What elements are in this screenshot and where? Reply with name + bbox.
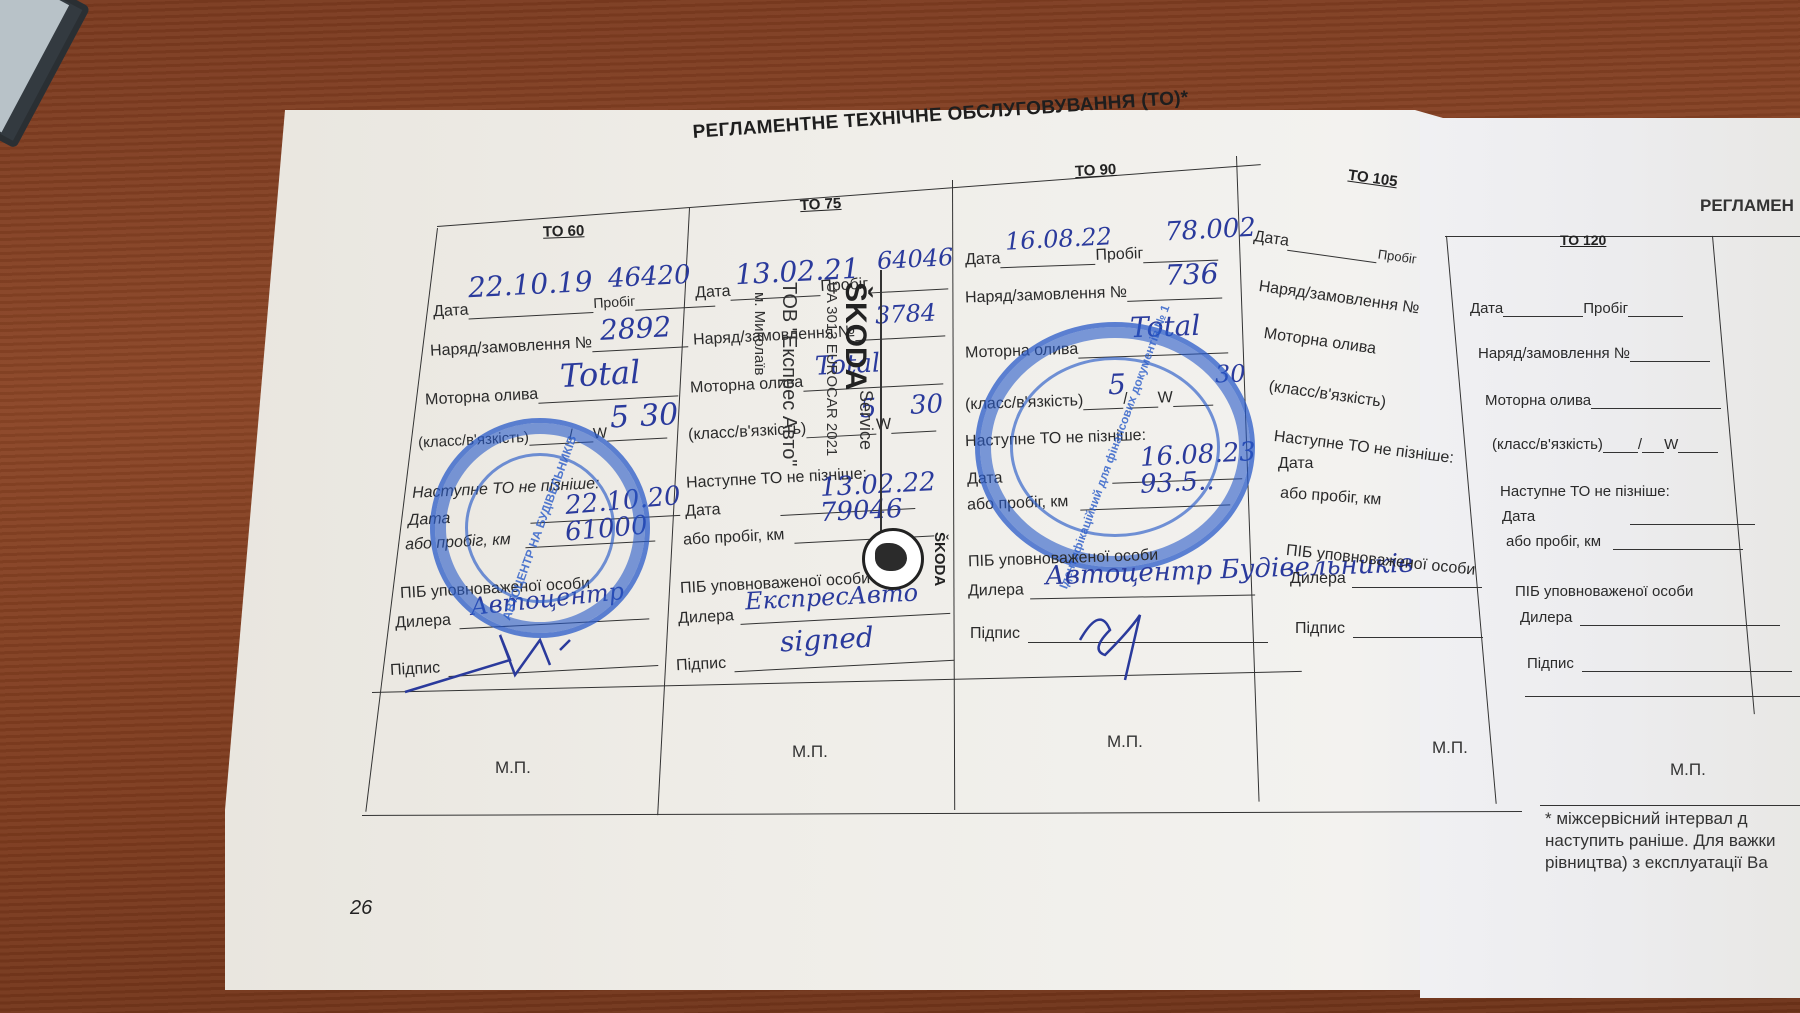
footnote-line: наступить раніше. Для важки [1545,830,1775,852]
mileage-label: Пробіг [593,293,636,311]
dealer-label: Дилера [678,607,735,627]
order-value: 3784 [874,298,936,329]
order-value: 2892 [599,310,672,347]
signature-label: Підпис [676,655,727,675]
skoda-stamp-city: м. Миколаїв [751,292,768,376]
column-header: ТО 90 [1075,161,1117,180]
dealer-label: Дилера [968,582,1024,600]
skoda-stamp-code: UA 3013 EUROCAR 2021 [823,282,840,456]
footnote-line: * міжсервісний інтервал д [1545,808,1775,830]
column-header: ТО 120 [1560,232,1606,248]
date-label: Дата [1253,228,1290,250]
signature-label: Підпис [1295,620,1345,637]
next-to-label: Наступне ТО не пізніше: [1500,483,1670,500]
right-table-top [1445,236,1800,237]
skoda-stamp-brand: ŠKODA [838,282,872,390]
company-stamp: Ідентифікаційний для фінансових документ… [975,322,1255,572]
date-label: Дата [1470,300,1503,317]
dealer-label: Дилера [1520,609,1572,626]
signature-scribble [1070,600,1160,690]
signature-label: Підпис [970,625,1020,642]
signature-value: signed [779,621,874,659]
skoda-stamp-service: Service [855,390,876,450]
next-date-label: Дата [1278,455,1313,473]
footnote: * міжсервісний інтервал д наступить рані… [1545,808,1775,874]
dealer-label: Дилера [1290,570,1346,587]
page-number: 26 [350,897,372,920]
column-header: ТО 60 [543,222,585,240]
column-header: ТО 75 [800,195,842,214]
class-value: 5 [609,400,630,436]
mp-label: М.П. [495,758,531,778]
oil-value: Total [559,353,641,395]
viscosity-value: 30 [639,397,679,434]
mp-label: М.П. [1670,760,1706,780]
mileage-value: 64046 [876,243,954,275]
person-label: ПІБ уповноваженої особи [1515,583,1693,600]
mileage-value: 78.002 [1164,213,1256,248]
order-value: 736 [1164,257,1219,292]
skoda-logo-icon [862,528,924,590]
mileage-value: 46420 [607,260,691,294]
signature-label: Підпис [1527,655,1574,672]
company-stamp: АВТОЦЕНТР НА БУДІВЕЛЬНИКІВ [430,418,650,638]
mp-label: М.П. [792,742,828,762]
date-label: Дата [433,302,469,321]
date-value: 16.08.22 [1004,222,1112,256]
viscosity-value: 30 [909,389,944,421]
class-label: (класс/в'язкість) [1492,436,1603,453]
right-table-bottom [1540,805,1800,806]
next-date-label: Дата [1502,508,1535,525]
order-label: Наряд/замовлення № [1478,345,1630,362]
date-label: Дата [965,250,1001,268]
mileage-label: Пробіг [1583,300,1628,317]
next-km-label: або пробіг, км [1506,533,1601,550]
oil-label: Моторна олива [1485,392,1591,409]
next-date-label: Дата [685,501,721,520]
date-value: 22.10.19 [467,265,593,304]
mileage-label: Пробіг [1377,246,1418,266]
date-label: Дата [695,283,731,302]
right-page-title: РЕГЛАМЕН [1700,196,1794,216]
footnote-line: рівництва) з експлуатації Ва [1545,852,1775,874]
mp-label: М.П. [1107,732,1143,752]
next-km-value: 79046 [819,494,903,528]
skoda-stamp-company: ТОВ "Експрес Авто" [777,282,800,467]
right-table-middle [1525,696,1800,697]
skoda-logo-text: ŠKODA [931,532,948,586]
mp-label: М.П. [1432,738,1468,758]
